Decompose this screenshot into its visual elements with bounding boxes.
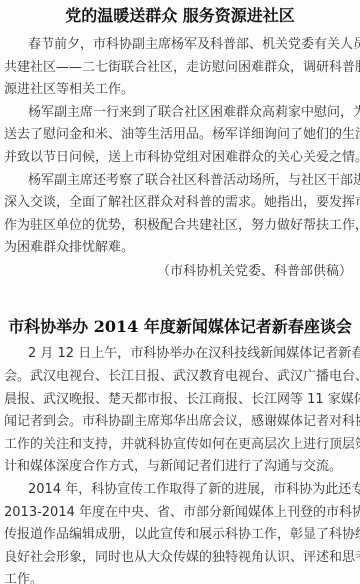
document-page: 党的温暖送群众 服务资源进社区 春节前夕，市科协副主席杨军及科普部、机关党委有关… (0, 0, 360, 584)
article1-source: （市科协机关党委、科普部供稿） (157, 264, 352, 280)
article1-line-6: 并致以节日问候，送上市科协党组对困难群众的关心关爱之情。 (4, 150, 356, 166)
article1-line-5: 送去了慰问金和米、油等生活用品。杨军详细询问了她们的生活情况， (4, 127, 356, 143)
article2-line-9: 传报道作品编辑成册，以此宣传和展示科协工作，彰显了科协组织的 (4, 527, 356, 543)
article2-line-8: 2013-2014 年度在中央、省、市部分新闻媒体上刊登的市科协新闻宣 (4, 505, 356, 521)
article1-line-2: 共建社区——二七街联合社区，走访慰问困难群众，调研科普服务资 (4, 60, 356, 76)
article1-line-8: 深入交谈，全面了解社区群众对科普的需求。她指出，要发挥市科协 (4, 195, 356, 211)
article1-line-7: 杨军副主席还考察了联合社区科普活动场所，与社区干部进行了 (28, 173, 356, 189)
article2-line-5: 工作的关注和支持，并就科协宣传如何在更高层次上进行顶层策划设 (4, 437, 356, 453)
article1-line-4: 杨军副主席一行来到了联合社区困难群众高莉家中慰问，为她家 (28, 105, 356, 121)
article2-line-3: 晨报、武汉晚报、楚天都市报、长江商报、长江网等 11 家媒体的新 (4, 392, 356, 408)
article1-line-3: 源进社区等相关工作。 (4, 82, 356, 98)
article1-line-10: 为困难群众排忧解难。 (4, 240, 356, 256)
article2-line-7: 2014 年，科协宣传工作取得了新的进展，市科协为此还专门将 (28, 482, 356, 498)
article1-title: 党的温暖送群众 服务资源进社区 (0, 3, 360, 26)
article2-line-2: 会。武汉电视台、长江日报、武汉教育电视台、武汉广播电台、武汉 (4, 369, 356, 385)
article1-line-1: 春节前夕，市科协副主席杨军及科普部、机关党委有关人员深入 (28, 37, 356, 53)
article2-line-4: 闻记者到会。市科协副主席郑华出席会议，感谢媒体记者对科协宣传 (4, 414, 356, 430)
article2-line-1: 2 月 12 日上午，市科协举办在汉科技线新闻媒体记者新春座谈 (28, 346, 356, 362)
article2-line-11: 工作。 (4, 572, 356, 584)
article2-title: 市科协举办 2014 年度新闻媒体记者新春座谈会 (0, 314, 360, 337)
article2-line-6: 计和媒体深度合作方式，与新闻记者们进行了沟通与交流。 (4, 459, 356, 475)
article1-line-9: 作为驻区单位的优势，积极配合共建社区，努力做好帮扶工作，真正 (4, 218, 356, 234)
article2-line-10: 良好社会形象，同时也从大众传媒的独特视角认识、评述和思考科协 (4, 550, 356, 566)
